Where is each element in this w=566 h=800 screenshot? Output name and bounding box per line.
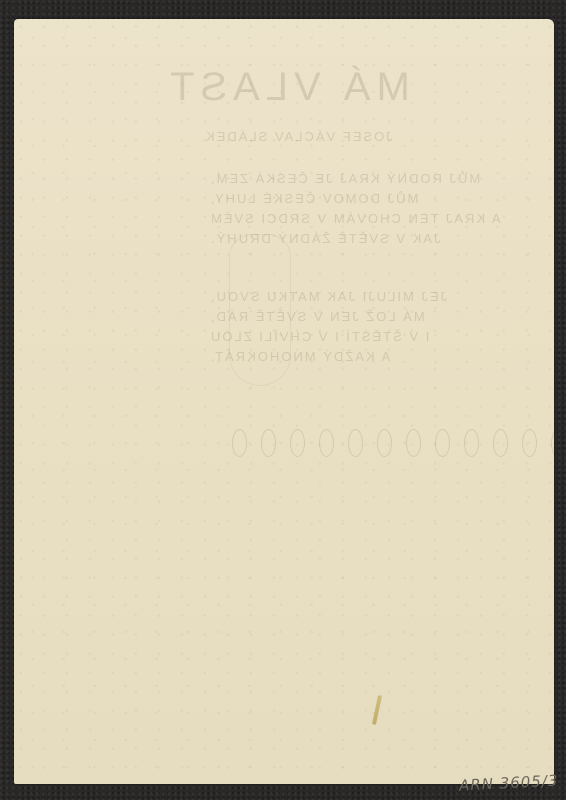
verse-line: JEJ MILUJI JAK MATKU SVOU, (209, 287, 529, 307)
verse-line: MŮJ RODNÝ KRAJ JE ČESKÁ ZEM, (209, 169, 529, 189)
verse-line: I V ŠTĚSTÍ I V CHVÍLI ZLOU (209, 327, 529, 347)
verse-line: A KAŽDÝ MNOHOKRÁT. (209, 347, 529, 367)
document-page: MÁ VLAST JOSEF VÁCLAV SLÁDEK MŮJ RODNÝ K… (14, 19, 554, 784)
verse-line: MÁ LOŽ JEN V SVĚTĚ RÁD, (209, 307, 529, 327)
show-through-ornament-row (232, 429, 554, 457)
show-through-subtitle: JOSEF VÁCLAV SLÁDEK (204, 129, 393, 144)
show-through-verse-2: JEJ MILUJI JAK MATKU SVOU, MÁ LOŽ JEN V … (209, 287, 529, 367)
verse-line: A KRAJ TEN CHOVÁM V SRDCI SVÉM (209, 209, 529, 229)
paper-stain (372, 695, 382, 725)
verse-line: MŮJ DOMOV ČESKÉ LUHY, (209, 189, 529, 209)
show-through-title: MÁ VLAST (164, 65, 410, 110)
